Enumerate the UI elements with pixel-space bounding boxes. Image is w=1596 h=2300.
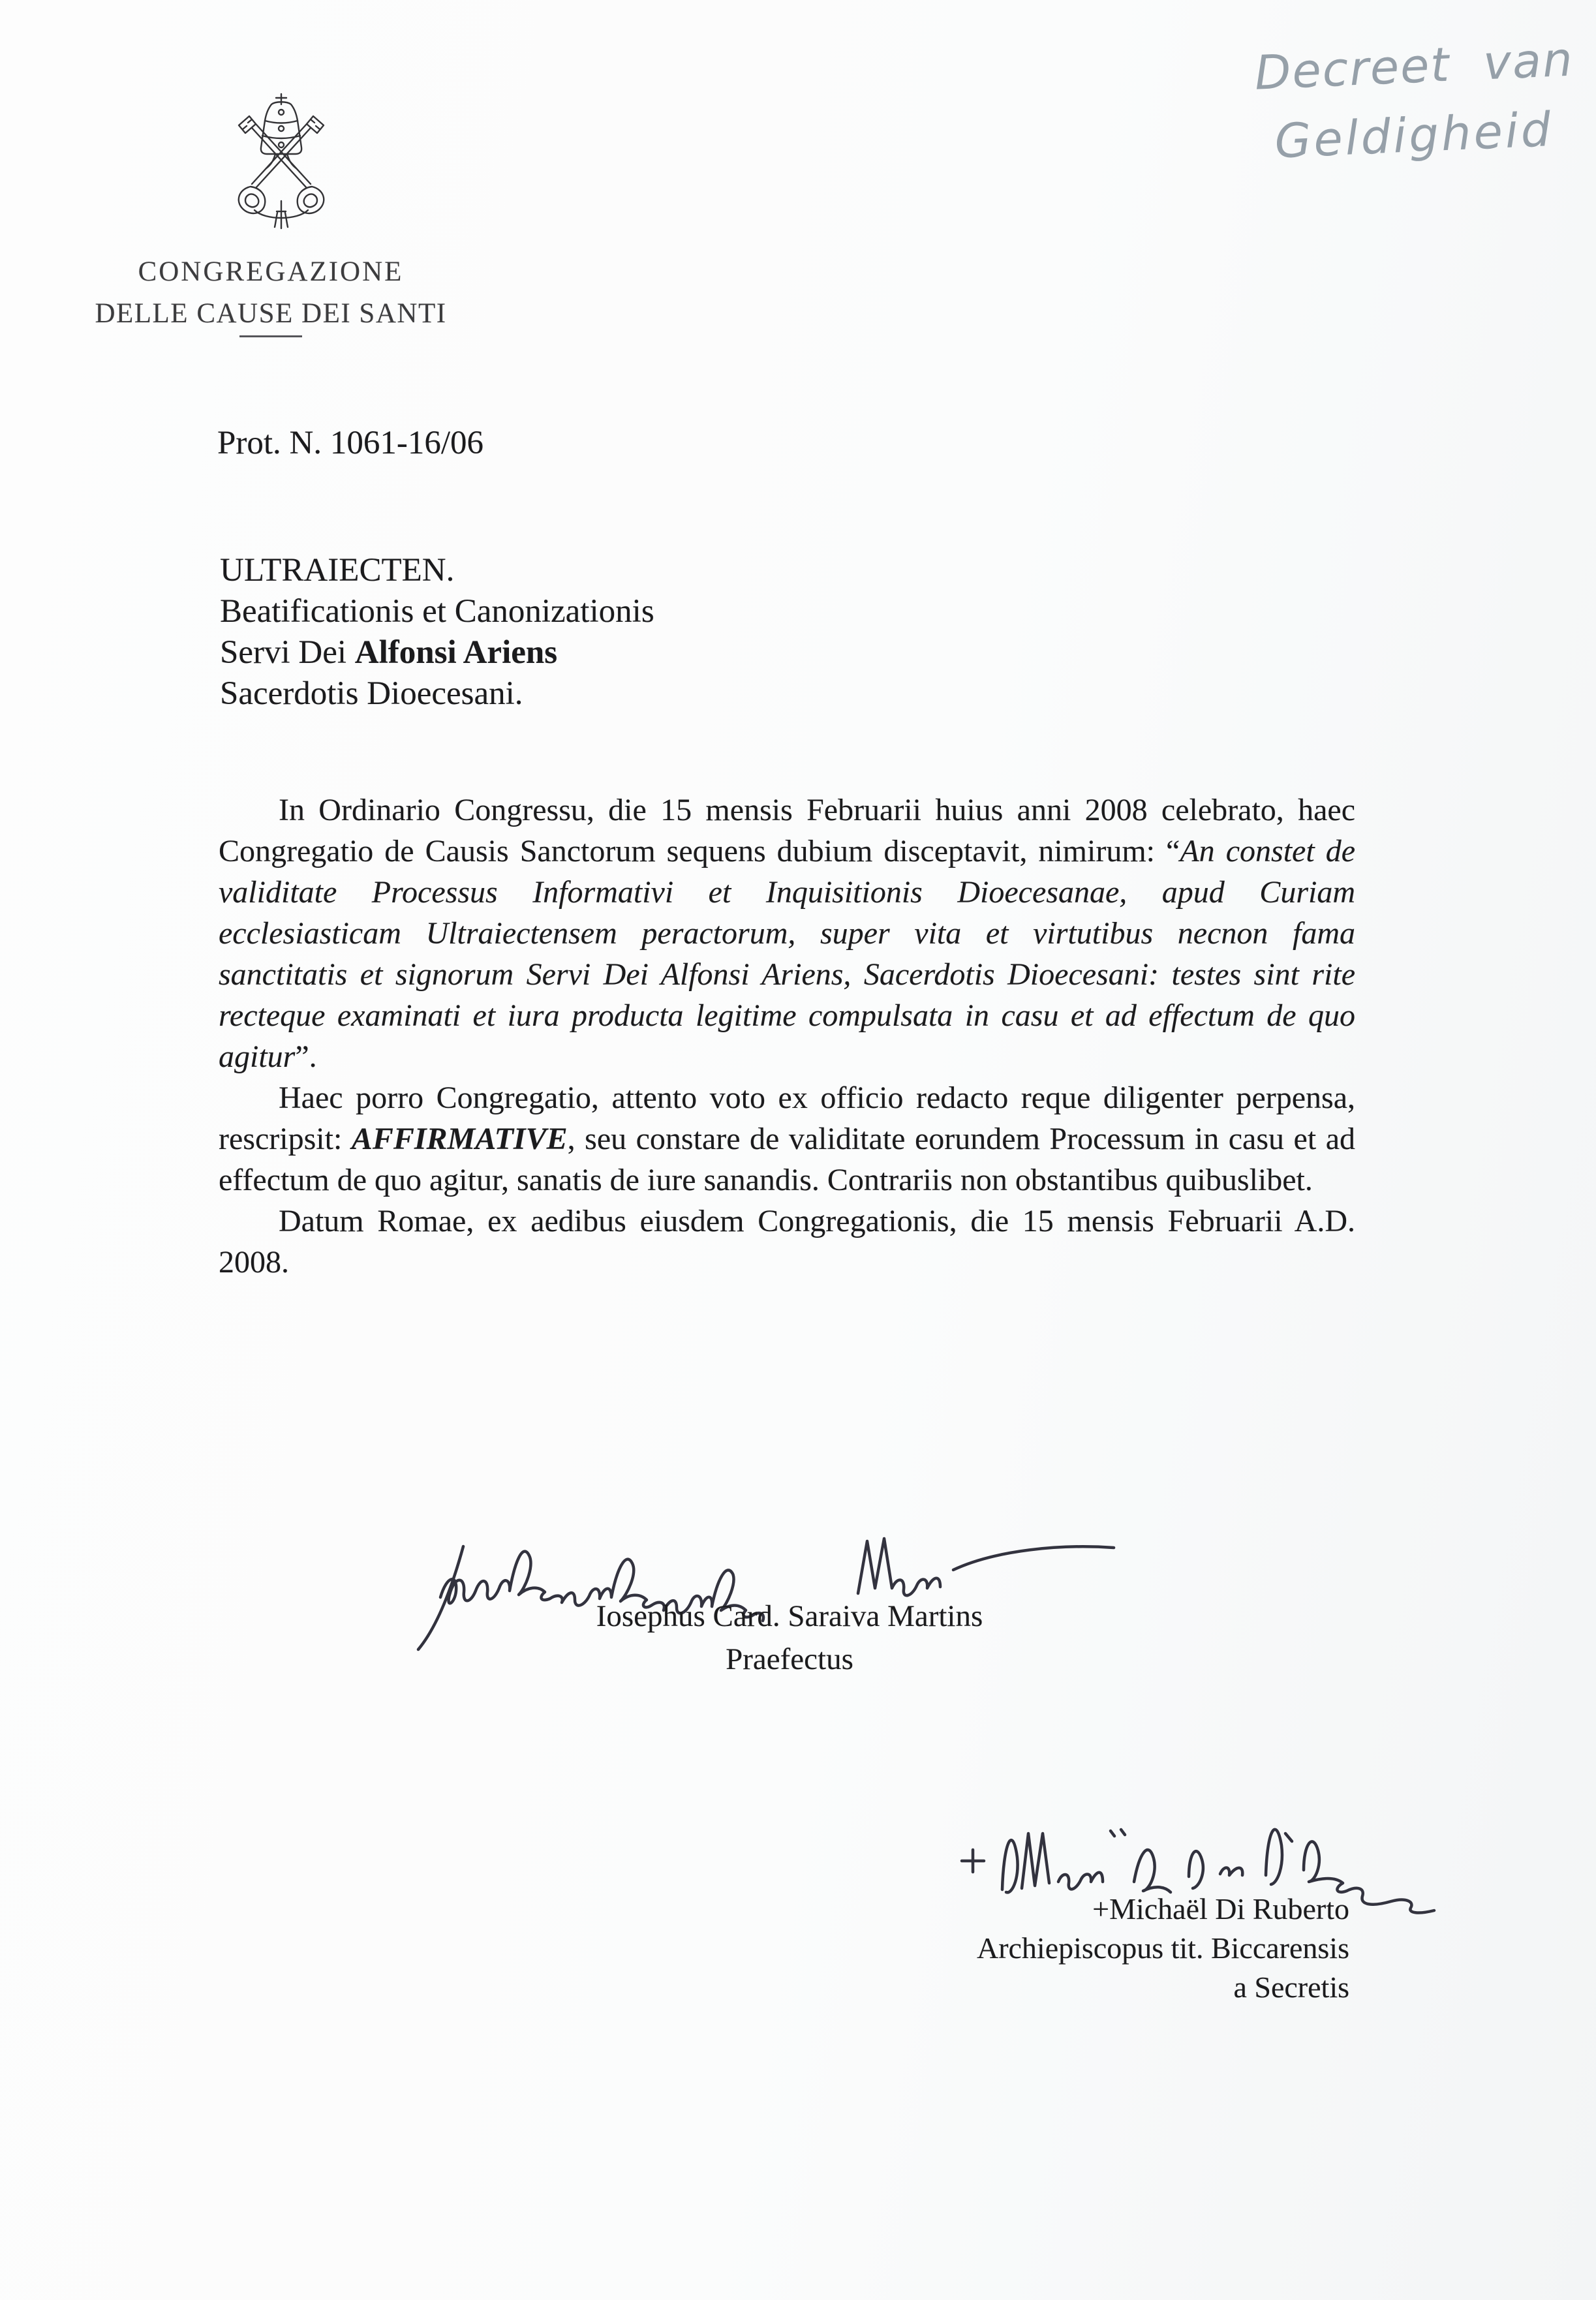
signature-primary-name: Iosephus Card. Saraiva Martins [548,1599,1031,1634]
vatican-coat-of-arms-icon [226,91,337,230]
body-paragraph-2: Haec porro Congregatio, attento voto ex … [219,1077,1355,1201]
p1-latin-dubium-italic: An constet de validitate Processus Infor… [219,834,1355,1074]
signature-primary-title: Praefectus [548,1642,1031,1677]
signature-secondary-title2: a Secretis [977,1968,1349,2007]
handwritten-note: Decreet van Geldigheid [1253,24,1578,176]
signature-secondary-block: +Michaël Di Ruberto Archiepiscopus tit. … [977,1890,1349,2007]
signature-secondary-name: +Michaël Di Ruberto [977,1890,1349,1929]
case-title: ULTRAIECTEN. [220,550,654,591]
body-paragraph-3: Datum Romae, ex aedibus eiusdem Congrega… [219,1201,1355,1283]
letterhead-line2: DELLE CAUSE DEI SANTI [59,298,483,330]
servant-of-god-name: Alfonsi Ariens [355,634,557,671]
case-line3: Servi Dei Alfonsi Ariens [220,632,654,673]
letterhead-rule [239,335,302,337]
body-paragraph-1: In Ordinario Congressu, die 15 mensis Fe… [219,790,1355,1077]
case-heading: ULTRAIECTEN. Beatificationis et Canoniza… [220,550,654,714]
document-page: CONGREGAZIONE DELLE CAUSE DEI SANTI Decr… [0,0,1596,2300]
signature-secondary-title1: Archiepiscopus tit. Biccarensis [977,1929,1349,1968]
case-line2: Beatificationis et Canonizationis [220,591,654,632]
letterhead-line1: CONGREGAZIONE [59,256,483,288]
affirmative-verdict: AFFIRMATIVE [352,1122,568,1156]
decree-body: In Ordinario Congressu, die 15 mensis Fe… [219,790,1355,1283]
handwritten-note-line2: Geldigheid [1273,93,1578,176]
protocol-number: Prot. N. 1061-16/06 [217,424,483,462]
p1-roman-2: ”. [295,1039,316,1074]
case-line4: Sacerdotis Dioecesani. [220,673,654,714]
case-line3-prefix: Servi Dei [220,634,355,671]
